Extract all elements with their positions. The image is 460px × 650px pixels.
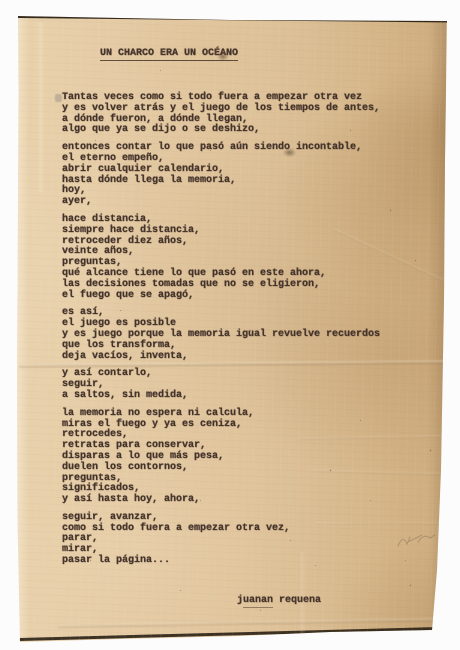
poem-line: ayer, [62, 197, 380, 208]
poem-line: la memoria no espera ni calcula, [62, 409, 380, 420]
stanza: entonces contar lo que pasó aún siendo i… [62, 143, 380, 208]
paper-stain [55, 94, 62, 102]
poem-line: a saltos, sin medida, [62, 391, 380, 402]
stanza: la memoria no espera ni calcula,miras el… [62, 409, 380, 506]
poem-line: hoy, [62, 186, 380, 197]
pencil-scribble [396, 530, 438, 552]
stanza: seguir, avanzar,como si todo fuera a emp… [62, 513, 380, 567]
poem-line: como si todo fuera a empezar otra vez, [62, 524, 380, 535]
poem-line: las decisiones tomadas que no se eligier… [62, 280, 380, 291]
paper-edge-bottom [19, 627, 435, 640]
poem-line: el fuego que se apagó, [62, 291, 380, 302]
poem-line: y es volver atrás y el juego de los tiem… [62, 104, 380, 115]
poem-line: y así hasta hoy, ahora, [62, 495, 380, 506]
poem-title: UN CHARCO ERA UN OCÉANO [100, 48, 238, 61]
poem: Tantas veces como si todo fuera a empeza… [62, 93, 380, 574]
poem-line: duelen los contornos, [62, 463, 380, 474]
poem-line: y así contarlo, [62, 369, 380, 380]
document-scan: UN CHARCO ERA UN OCÉANO Tantas veces com… [0, 0, 460, 650]
poem-line: siempre hace distancia, [62, 226, 380, 237]
poem-line: parar, [62, 534, 380, 545]
poem-line: pasar la página... [62, 556, 380, 567]
paper-speckles [0, 0, 1, 1]
author-signature: juanan requena [237, 595, 321, 606]
crease-line [37, 22, 44, 192]
stanza: es así,el juego es posibley es juego por… [62, 308, 380, 362]
stanza: hace distancia,siempre hace distancia,re… [62, 215, 380, 301]
signature-underline [243, 607, 273, 608]
poem-line: que los transforma, [62, 341, 380, 352]
poem-line: deja vacíos, inventa, [62, 352, 380, 363]
paper-edge-top [18, 16, 448, 23]
poem-line: hasta dónde llega la memoria, [62, 176, 380, 187]
poem-line: algo que ya se dijo o se deshizo, [62, 125, 380, 136]
paper-sheet: UN CHARCO ERA UN OCÉANO Tantas veces com… [0, 0, 460, 650]
stanza: y así contarlo,seguir,a saltos, sin medi… [62, 369, 380, 401]
crease-line [58, 618, 440, 629]
poem-line: abrir cualquier calendario, [62, 165, 380, 176]
paper-left-highlight [17, 18, 29, 638]
stanza: Tantas veces como si todo fuera a empeza… [62, 93, 380, 136]
